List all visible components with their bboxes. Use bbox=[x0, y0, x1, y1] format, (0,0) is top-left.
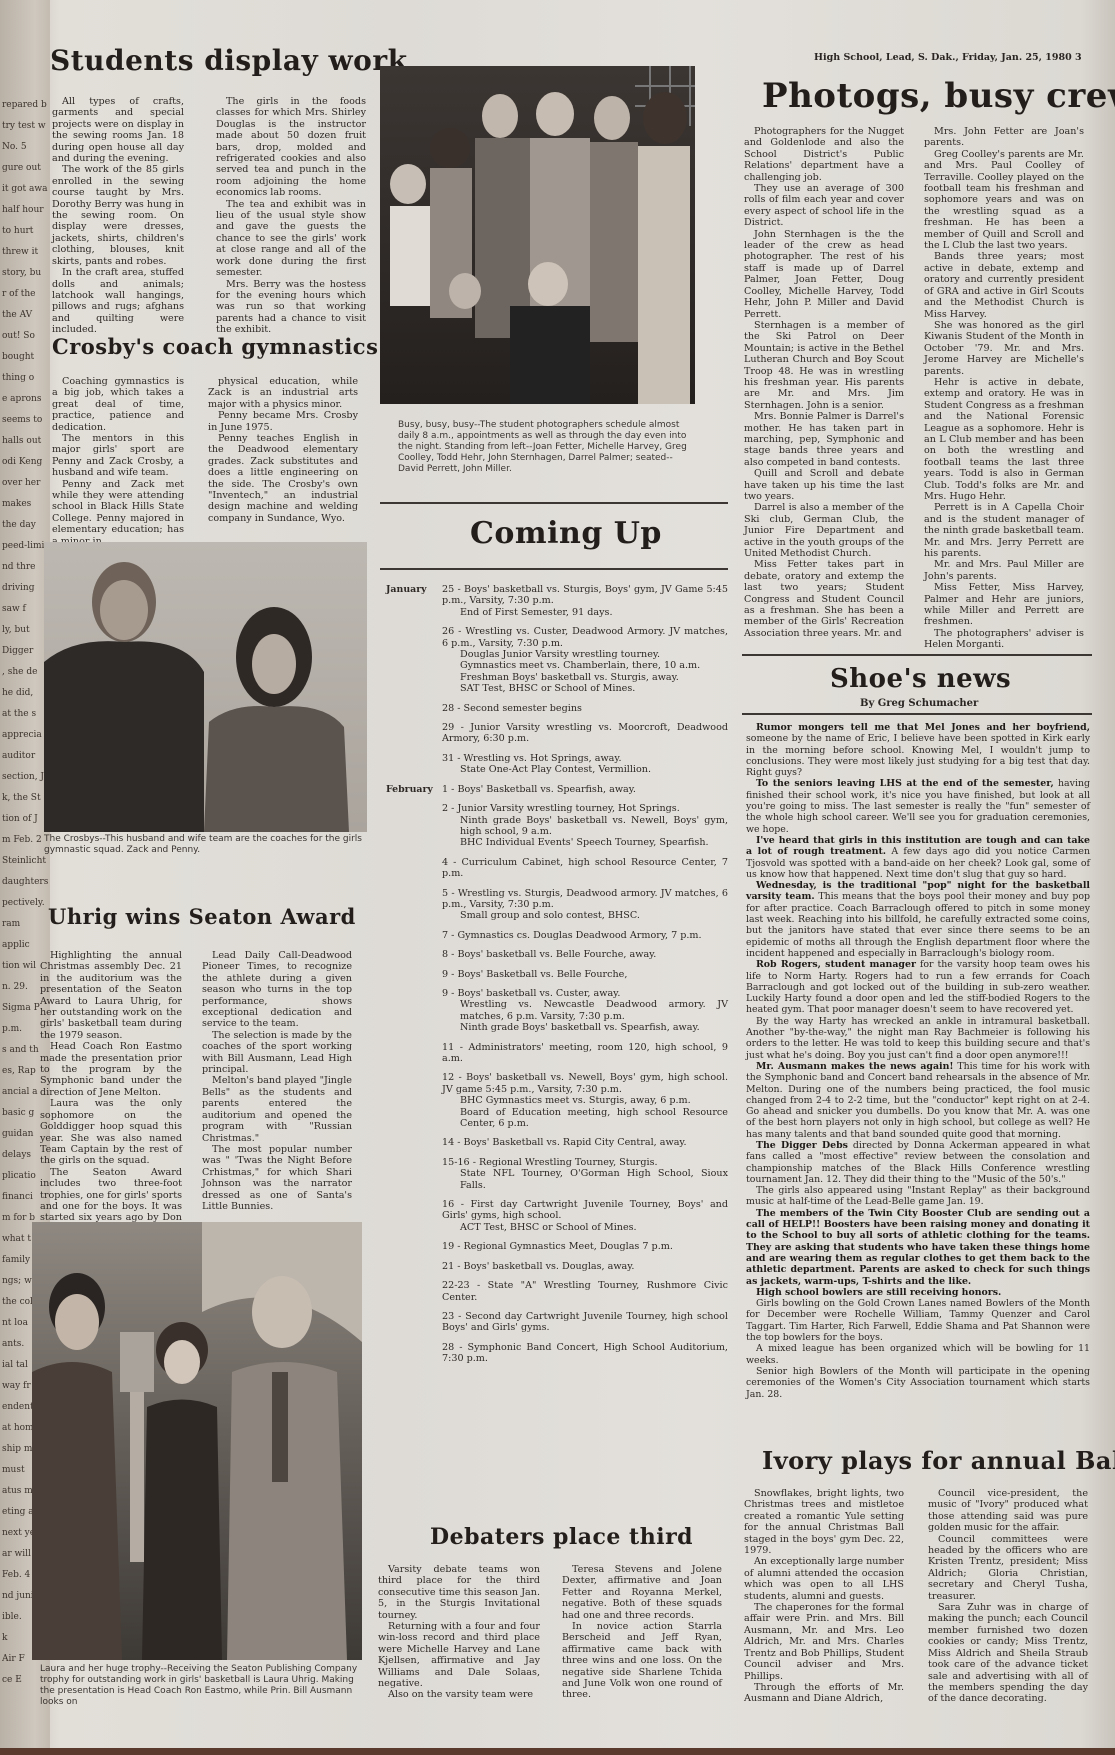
calendar-entry-subitem: Small group and solo contest, BHSC. bbox=[442, 910, 728, 921]
newspaper-page: repared btry test wNo. 5gure outit got a… bbox=[0, 0, 1115, 1755]
calendar-entry-subitem: End of First Semester, 91 days. bbox=[442, 607, 728, 618]
calendar-month-label: January bbox=[386, 584, 442, 784]
calendar-entry: 29 - Junior Varsity wrestling vs. Moorcr… bbox=[442, 722, 728, 745]
headline-uhrig: Uhrig wins Seaton Award bbox=[48, 904, 356, 929]
calendar-entry-text: 11 - Administrators' meeting, room 120, … bbox=[442, 1042, 728, 1065]
previous-page-text-fragment: peed-limi bbox=[2, 541, 48, 552]
previous-page-text-fragment: bought bbox=[2, 352, 48, 363]
shoes-news-item: By the way Harty has wrecked an ankle in… bbox=[746, 1016, 1090, 1061]
paragraph: Head Coach Ron Eastmo made the presentat… bbox=[40, 1041, 182, 1098]
previous-page-text-fragment: the day bbox=[2, 520, 48, 531]
previous-page-text-fragment: gure out bbox=[2, 163, 48, 174]
calendar-entry-subitem: Wrestling vs. Newcastle Deadwood armory.… bbox=[442, 999, 728, 1022]
calendar-entry-text: 15-16 - Regional Wrestling Tourney, Stur… bbox=[442, 1157, 728, 1168]
column-shoes-news: Rumor mongers tell me that Mel Jones and… bbox=[746, 722, 1090, 1400]
previous-page-text-fragment: odi Keng bbox=[2, 457, 48, 468]
calendar-entry-subitem: SAT Test, BHSC or School of Mines. bbox=[442, 683, 728, 694]
shoes-news-item: Rob Rogers, student manager for the vars… bbox=[746, 959, 1090, 1015]
paragraph: Highlighting the annual Christmas assemb… bbox=[40, 950, 182, 1041]
shoes-news-item: Wednesday, is the traditional "pop" nigh… bbox=[746, 880, 1090, 959]
paragraph: Mr. and Mrs. Paul Miller are John's pare… bbox=[924, 559, 1084, 582]
calendar-entry-text: 23 - Second day Cartwright Juvenile Tour… bbox=[442, 1311, 728, 1334]
paragraph: Through the efforts of Mr. Ausmann and D… bbox=[744, 1682, 904, 1705]
headline-debaters: Debaters place third bbox=[430, 1524, 693, 1550]
paragraph: Miss Fetter, Miss Harvey, Palmer and Heh… bbox=[924, 582, 1084, 628]
previous-page-text-fragment: seems to bbox=[2, 415, 48, 426]
calendar-entry: 15-16 - Regional Wrestling Tourney, Stur… bbox=[442, 1157, 728, 1191]
article-ivory-col1: Snowflakes, bright lights, two Christmas… bbox=[744, 1488, 904, 1705]
calendar-month-0: January25 - Boys' basketball vs. Sturgis… bbox=[386, 584, 728, 784]
shoes-news-item: Rumor mongers tell me that Mel Jones and… bbox=[746, 722, 1090, 778]
calendar-entry: 12 - Boys' basketball vs. Newell, Boys' … bbox=[442, 1072, 728, 1129]
previous-page-text-fragment: half hour bbox=[2, 205, 48, 216]
calendar-entry-text: 4 - Curriculum Cabinet, high school Reso… bbox=[442, 857, 728, 880]
paragraph: Council vice-president, the music of "Iv… bbox=[928, 1488, 1088, 1534]
shoes-news-item: The members of the Twin City Booster Clu… bbox=[746, 1208, 1090, 1287]
paragraph: The work of the 85 girls enrolled in the… bbox=[52, 164, 184, 267]
previous-page-text-fragment: thing o bbox=[2, 373, 48, 384]
masthead-dateline: High School, Lead, S. Dak., Friday, Jan.… bbox=[814, 52, 1082, 63]
calendar-entry-text: 29 - Junior Varsity wrestling vs. Moorcr… bbox=[442, 722, 728, 745]
paragraph: Teresa Stevens and Jolene Dexter, affirm… bbox=[562, 1564, 722, 1621]
paragraph: They use an average of 300 rolls of film… bbox=[744, 183, 904, 229]
paragraph: An exceptionally large number of alumni … bbox=[744, 1556, 904, 1602]
paragraph: Perrett is in A Capella Choir and is the… bbox=[924, 502, 1084, 559]
shoes-news-item: High school bowlers are still receiving … bbox=[746, 1287, 1090, 1298]
paragraph: All types of crafts, garments and specia… bbox=[52, 96, 184, 164]
paragraph: Miss Fetter takes part in debate, orator… bbox=[744, 559, 904, 639]
paragraph: In novice action Starrla Berscheid and J… bbox=[562, 1621, 722, 1701]
shoes-news-text: Girls bowling on the Gold Crown Lanes na… bbox=[746, 1298, 1090, 1343]
paragraph: John Sternhagen is the the leader of the… bbox=[744, 229, 904, 320]
shoes-news-item: The Digger Debs directed by Donna Ackerm… bbox=[746, 1140, 1090, 1185]
shoes-news-text: This time for his work with the Symphoni… bbox=[746, 1061, 1090, 1140]
calendar-entry: 31 - Wrestling vs. Hot Springs, away.Sta… bbox=[442, 753, 728, 776]
previous-page-text-fragment: driving bbox=[2, 583, 48, 594]
divider bbox=[742, 654, 1092, 656]
previous-page-text-fragment: daughters bbox=[2, 877, 48, 888]
previous-page-text-fragment: makes bbox=[2, 499, 48, 510]
calendar-entry: 28 - Second semester begins bbox=[442, 703, 728, 714]
calendar-entry-text: 2 - Junior Varsity wrestling tourney, Ho… bbox=[442, 803, 728, 814]
calendar-entry-subitem: Douglas Junior Varsity wrestling tourney… bbox=[442, 649, 728, 660]
shoes-news-lead: The members of the Twin City Booster Clu… bbox=[746, 1208, 1090, 1287]
previous-page-text-fragment: repared b bbox=[2, 100, 48, 111]
calendar-entry-text: 8 - Boys' basketball vs. Belle Fourche, … bbox=[442, 949, 728, 960]
calendar-entry: 7 - Gymnastics cs. Douglas Deadwood Armo… bbox=[442, 930, 728, 941]
previous-page-text-fragment: halls out bbox=[2, 436, 48, 447]
previous-page-text-fragment: nd thre bbox=[2, 562, 48, 573]
calendar-entry-subitem: BHC Individual Events' Speech Tourney, S… bbox=[442, 837, 728, 848]
previous-page-text-fragment: r of the bbox=[2, 289, 48, 300]
photo-uhrig-figures bbox=[32, 1222, 362, 1660]
paragraph: The selection is made by the coaches of … bbox=[202, 1030, 352, 1076]
calendar-entry: 26 - Wrestling vs. Custer, Deadwood Armo… bbox=[442, 626, 728, 694]
paragraph: The mentors in this major girls' sport a… bbox=[52, 433, 184, 479]
paragraph: The photographers' adviser is Helen Morg… bbox=[924, 628, 1084, 651]
previous-page-text-fragment: try test w bbox=[2, 121, 48, 132]
photo-uhrig-trophy bbox=[32, 1222, 362, 1660]
article-debaters-col1: Varsity debate teams won third place for… bbox=[378, 1564, 540, 1701]
previous-page-text-fragment: No. 5 bbox=[2, 142, 48, 153]
divider bbox=[380, 502, 728, 504]
caption-photographers: Busy, busy, busy--The student photograph… bbox=[398, 420, 693, 475]
calendar-entry-subitem: Gymnastics meet vs. Chamberlain, there, … bbox=[442, 660, 728, 671]
shoes-news-item: To the seniors leaving LHS at the end of… bbox=[746, 778, 1090, 834]
shoes-news-item: The girls also appeared using "Instant R… bbox=[746, 1185, 1090, 1208]
paragraph: Quill and Scroll and debate have taken u… bbox=[744, 468, 904, 502]
paragraph: Mrs. Berry was the hostess for the eveni… bbox=[216, 279, 366, 336]
calendar-entry-text: 1 - Boys' Basketball vs. Spearfish, away… bbox=[442, 784, 728, 795]
article-students-display-col1: All types of crafts, garments and specia… bbox=[52, 96, 184, 336]
calendar-entry-text: 28 - Second semester begins bbox=[442, 703, 728, 714]
article-uhrig-col1: Highlighting the annual Christmas assemb… bbox=[40, 950, 182, 1235]
shoes-news-text: Senior high Bowlers of the Month will pa… bbox=[746, 1366, 1090, 1400]
previous-page-text-fragment: m Feb. 2 bbox=[2, 835, 48, 846]
caption-crosbys: The Crosbys--This husband and wife team … bbox=[44, 834, 374, 856]
paragraph: Sternhagen is a member of the Ski Patrol… bbox=[744, 320, 904, 411]
paragraph: Also on the varsity team were bbox=[378, 1689, 540, 1700]
calendar-entry-text: 7 - Gymnastics cs. Douglas Deadwood Armo… bbox=[442, 930, 728, 941]
previous-page-text-fragment: ram bbox=[2, 919, 48, 930]
calendar-entry: 21 - Boys' basketball vs. Douglas, away. bbox=[442, 1261, 728, 1272]
calendar-entry: 9 - Boys' basketball vs. Custer, away.Wr… bbox=[442, 988, 728, 1034]
paragraph: Bands three years; most active in debate… bbox=[924, 251, 1084, 319]
paragraph: Mrs. John Fetter are Joan's parents. bbox=[924, 126, 1084, 149]
divider bbox=[380, 568, 728, 570]
paragraph: In the craft area, stuffed dolls and ani… bbox=[52, 267, 184, 335]
paragraph: Penny teaches English in the Deadwood el… bbox=[208, 433, 358, 524]
headline-crosby: Crosby's coach gymnastics bbox=[52, 334, 378, 359]
previous-page-text-fragment: auditor bbox=[2, 751, 48, 762]
calendar-entries: 1 - Boys' Basketball vs. Spearfish, away… bbox=[442, 784, 728, 1373]
paragraph: The tea and exhibit was in lieu of the u… bbox=[216, 199, 366, 279]
calendar-entry-text: 22-23 - State "A" Wrestling Tourney, Rus… bbox=[442, 1280, 728, 1303]
previous-page-text-fragment: saw f bbox=[2, 604, 48, 615]
calendar-entry-text: 16 - First day Cartwright Juvenile Tourn… bbox=[442, 1199, 728, 1222]
previous-page-text-fragment: the AV bbox=[2, 310, 48, 321]
calendar-entry-text: 14 - Boys' Basketball vs. Rapid City Cen… bbox=[442, 1137, 728, 1148]
shoes-news-lead: To the seniors leaving LHS at the end of… bbox=[756, 778, 1054, 789]
calendar-entry-text: 19 - Regional Gymnastics Meet, Douglas 7… bbox=[442, 1241, 728, 1252]
shoes-news-lead: The Digger Debs bbox=[756, 1140, 848, 1151]
article-ivory-col2: Council vice-president, the music of "Iv… bbox=[928, 1488, 1088, 1705]
shoes-news-item: A mixed league has been organized which … bbox=[746, 1343, 1090, 1366]
calendar-entry: 4 - Curriculum Cabinet, high school Reso… bbox=[442, 857, 728, 880]
paragraph: Lead Daily Call-Deadwood Pioneer Times, … bbox=[202, 950, 352, 1030]
calendar-entry: 8 - Boys' basketball vs. Belle Fourche, … bbox=[442, 949, 728, 960]
previous-page-text-fragment: it got awa bbox=[2, 184, 48, 195]
calendar-entry: 5 - Wrestling vs. Sturgis, Deadwood armo… bbox=[442, 888, 728, 922]
headline-photogs: Photogs, busy crew bbox=[762, 76, 1115, 116]
calendar-entry-subitem: Board of Education meeting, high school … bbox=[442, 1107, 728, 1130]
previous-page-text-fragment: Steinlicht bbox=[2, 856, 48, 867]
previous-page-text-fragment: threw it bbox=[2, 247, 48, 258]
paragraph: Varsity debate teams won third place for… bbox=[378, 1564, 540, 1621]
calendar-entry-text: 31 - Wrestling vs. Hot Springs, away. bbox=[442, 753, 728, 764]
photo-crosbys-figures bbox=[44, 542, 367, 832]
divider bbox=[742, 713, 1092, 715]
photo-photographers bbox=[380, 66, 695, 404]
shoes-news-lead: Mr. Ausmann makes the news again! bbox=[756, 1061, 954, 1072]
shoes-news-text: A mixed league has been organized which … bbox=[746, 1343, 1090, 1365]
shoes-news-lead: Rob Rogers, student manager bbox=[756, 959, 916, 970]
previous-page-text-fragment: ly, but bbox=[2, 625, 48, 636]
paragraph: Coaching gymnastics is a big job, which … bbox=[52, 376, 184, 433]
calendar-entry-subitem: ACT Test, BHSC or School of Mines. bbox=[442, 1222, 728, 1233]
photo-crosbys bbox=[44, 542, 367, 832]
article-students-display-col2: The girls in the foods classes for which… bbox=[216, 96, 366, 336]
byline: By Greg Schumacher bbox=[860, 698, 978, 709]
calendar-entry-subitem: Freshman Boys' basketball vs. Sturgis, a… bbox=[442, 672, 728, 683]
paragraph: Council committees were headed by the of… bbox=[928, 1534, 1088, 1602]
calendar-coming-up: January25 - Boys' basketball vs. Sturgis… bbox=[386, 584, 728, 1373]
shoes-news-item: Girls bowling on the Gold Crown Lanes na… bbox=[746, 1298, 1090, 1343]
article-photogs-col2: Mrs. John Fetter are Joan's parents.Greg… bbox=[924, 126, 1084, 651]
headline-shoes-news: Shoe's news bbox=[830, 664, 1011, 694]
headline-ivory: Ivory plays for annual Ball bbox=[762, 1446, 1115, 1475]
previous-page-text-fragment: over her bbox=[2, 478, 48, 489]
previous-page-text-fragment: apprecia bbox=[2, 730, 48, 741]
shoes-news-lead: Rumor mongers tell me that Mel Jones and… bbox=[756, 722, 1090, 733]
previous-page-text-fragment: he did, bbox=[2, 688, 48, 699]
shoes-news-text: someone by the name of Eric, I believe h… bbox=[746, 733, 1090, 778]
calendar-entry: 1 - Boys' Basketball vs. Spearfish, away… bbox=[442, 784, 728, 795]
previous-page-text-fragment: pectively. bbox=[2, 898, 48, 909]
paragraph: Melton's band played "Jingle Bells" as t… bbox=[202, 1075, 352, 1143]
calendar-entry-text: 9 - Boys' basketball vs. Custer, away. bbox=[442, 988, 728, 999]
calendar-entry-subitem: BHC Gymnastics meet vs. Sturgis, away, 6… bbox=[442, 1095, 728, 1106]
article-photogs-col1: Photographers for the Nugget and Goldenl… bbox=[744, 126, 904, 639]
previous-page-text-fragment: e aprons bbox=[2, 394, 48, 405]
paragraph: Sara Zuhr was in charge of making the pu… bbox=[928, 1602, 1088, 1705]
paragraph: Photographers for the Nugget and Goldenl… bbox=[744, 126, 904, 183]
calendar-entry-text: 26 - Wrestling vs. Custer, Deadwood Armo… bbox=[442, 626, 728, 649]
article-crosby-col1: Coaching gymnastics is a big job, which … bbox=[52, 376, 184, 547]
previous-page-text-fragment: at the s bbox=[2, 709, 48, 720]
shoes-news-lead: High school bowlers are still receiving … bbox=[756, 1287, 1001, 1298]
paragraph: Penny became Mrs. Crosby in June 1975. bbox=[208, 410, 358, 433]
paragraph: Penny and Zack met while they were atten… bbox=[52, 479, 184, 547]
paragraph: She was honored as the girl Kiwanis Stud… bbox=[924, 320, 1084, 377]
page-bottom-edge bbox=[0, 1748, 1115, 1755]
calendar-entry-subitem: Ninth grade Boys' basketball vs. Spearfi… bbox=[442, 1022, 728, 1033]
shoes-news-item: Senior high Bowlers of the Month will pa… bbox=[746, 1366, 1090, 1400]
calendar-month-label: February bbox=[386, 784, 442, 1373]
calendar-entry: 28 - Symphonic Band Concert, High School… bbox=[442, 1342, 728, 1365]
calendar-entry-text: 28 - Symphonic Band Concert, High School… bbox=[442, 1342, 728, 1365]
article-debaters-col2: Teresa Stevens and Jolene Dexter, affirm… bbox=[562, 1564, 722, 1701]
calendar-entry-text: 5 - Wrestling vs. Sturgis, Deadwood armo… bbox=[442, 888, 728, 911]
headline-students-display: Students display work bbox=[50, 44, 408, 77]
calendar-entry: 9 - Boys' Basketball vs. Belle Fourche, bbox=[442, 969, 728, 980]
paragraph: Mrs. Bonnie Palmer is Darrel's mother. H… bbox=[744, 411, 904, 468]
headline-coming-up: Coming Up bbox=[470, 516, 662, 551]
calendar-entry-text: 25 - Boys' basketball vs. Sturgis, Boys'… bbox=[442, 584, 728, 607]
photo-photographers-figures bbox=[380, 66, 695, 404]
previous-page-text-fragment: story, bu bbox=[2, 268, 48, 279]
paragraph: physical education, while Zack is an ind… bbox=[208, 376, 358, 410]
previous-page-text-fragment: out! So bbox=[2, 331, 48, 342]
shoes-news-item: Mr. Ausmann makes the news again! This t… bbox=[746, 1061, 1090, 1140]
calendar-entry-subitem: State NFL Tourney, O'Gorman High School,… bbox=[442, 1168, 728, 1191]
previous-page-text-fragment: section, J bbox=[2, 772, 48, 783]
shoes-news-text: The girls also appeared using "Instant R… bbox=[746, 1185, 1090, 1207]
calendar-entry: 23 - Second day Cartwright Juvenile Tour… bbox=[442, 1311, 728, 1334]
calendar-entries: 25 - Boys' basketball vs. Sturgis, Boys'… bbox=[442, 584, 728, 784]
paragraph: Greg Coolley's parents are Mr. and Mrs. … bbox=[924, 149, 1084, 252]
previous-page-text-fragment: Digger bbox=[2, 646, 48, 657]
paragraph: Darrel is also a member of the Ski club,… bbox=[744, 502, 904, 559]
article-uhrig-col2: Lead Daily Call-Deadwood Pioneer Times, … bbox=[202, 950, 352, 1212]
previous-page-text-fragment: , she de bbox=[2, 667, 48, 678]
calendar-entry-text: 12 - Boys' basketball vs. Newell, Boys' … bbox=[442, 1072, 728, 1095]
calendar-entry-subitem: State One-Act Play Contest, Vermillion. bbox=[442, 764, 728, 775]
calendar-entry-text: 9 - Boys' Basketball vs. Belle Fourche, bbox=[442, 969, 728, 980]
previous-page-text-fragment: to hurt bbox=[2, 226, 48, 237]
caption-uhrig: Laura and her huge trophy--Receiving the… bbox=[40, 1664, 370, 1708]
calendar-entry: 14 - Boys' Basketball vs. Rapid City Cen… bbox=[442, 1137, 728, 1148]
shoes-news-item: I've heard that girls in this institutio… bbox=[746, 835, 1090, 880]
paragraph: Laura was the only sophomore on the Gold… bbox=[40, 1098, 182, 1166]
calendar-entry-text: 21 - Boys' basketball vs. Douglas, away. bbox=[442, 1261, 728, 1272]
calendar-entry: 11 - Administrators' meeting, room 120, … bbox=[442, 1042, 728, 1065]
previous-page-text-fragment: k, the St bbox=[2, 793, 48, 804]
paragraph: The chaperones for the formal affair wer… bbox=[744, 1602, 904, 1682]
previous-page-text-fragment: tion of J bbox=[2, 814, 48, 825]
article-crosby-col2: physical education, while Zack is an ind… bbox=[208, 376, 358, 524]
calendar-entry: 16 - First day Cartwright Juvenile Tourn… bbox=[442, 1199, 728, 1233]
calendar-month-1: February1 - Boys' Basketball vs. Spearfi… bbox=[386, 784, 728, 1373]
calendar-entry: 25 - Boys' basketball vs. Sturgis, Boys'… bbox=[442, 584, 728, 618]
calendar-entry: 2 - Junior Varsity wrestling tourney, Ho… bbox=[442, 803, 728, 849]
paragraph: The most popular number was " 'Twas the … bbox=[202, 1144, 352, 1212]
calendar-entry: 22-23 - State "A" Wrestling Tourney, Rus… bbox=[442, 1280, 728, 1303]
paragraph: Hehr is active in debate, extemp and ora… bbox=[924, 377, 1084, 502]
paragraph: Snowflakes, bright lights, two Christmas… bbox=[744, 1488, 904, 1556]
shoes-news-text: By the way Harty has wrecked an ankle in… bbox=[746, 1016, 1090, 1061]
paragraph: The girls in the foods classes for which… bbox=[216, 96, 366, 199]
calendar-entry: 19 - Regional Gymnastics Meet, Douglas 7… bbox=[442, 1241, 728, 1252]
calendar-entry-subitem: Ninth grade Boys' basketball vs. Newell,… bbox=[442, 815, 728, 838]
paragraph: Returning with a four and four win-loss … bbox=[378, 1621, 540, 1689]
